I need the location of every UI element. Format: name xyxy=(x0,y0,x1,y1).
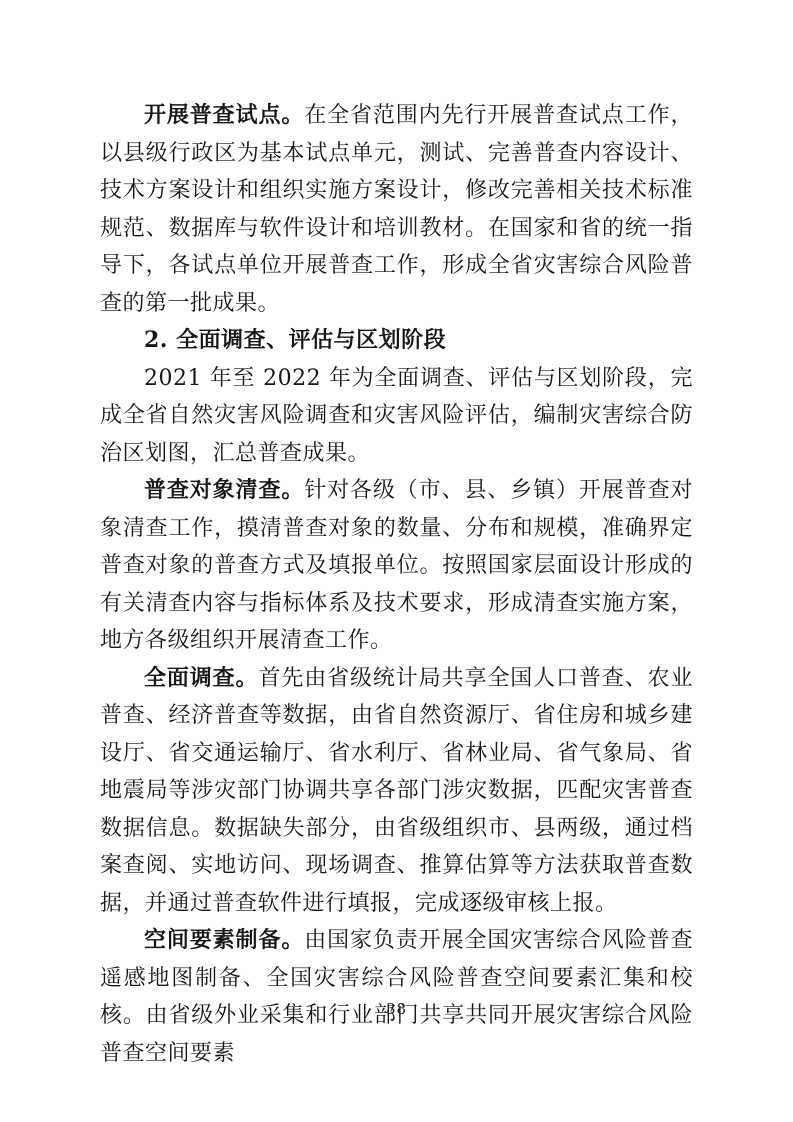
paragraph-timeline: 2021 年至 2022 年为全面调查、评估与区划阶段，完成全省自然灾害风险调查… xyxy=(100,360,693,473)
paragraph-spatial: 空间要素制备。由国家负责开展全国灾害综合风险普查遥感地图制备、全国灾害综合风险普… xyxy=(100,922,693,1072)
document-body: 开展普查试点。在全省范围内先行开展普查试点工作，以县级行政区为基本试点单元，测试… xyxy=(100,97,693,1072)
paragraph-inventory: 普查对象清查。针对各级（市、县、乡镇）开展普查对象清查工作，摸清普查对象的数量、… xyxy=(100,472,693,660)
paragraph-full-survey: 全面调查。首先由省级统计局共享全国人口普查、农业普查、经济普查等数据，由省自然资… xyxy=(100,660,693,923)
paragraph-timeline-text: 2021 年至 2022 年为全面调查、评估与区划阶段，完成全省自然灾害风险调查… xyxy=(100,366,693,466)
paragraph-inventory-text: 针对各级（市、县、乡镇）开展普查对象清查工作，摸清普查对象的数量、分布和规模，准… xyxy=(100,478,693,653)
document-page: 开展普查试点。在全省范围内先行开展普查试点工作，以县级行政区为基本试点单元，测试… xyxy=(0,0,793,1122)
paragraph-pilot: 开展普查试点。在全省范围内先行开展普查试点工作，以县级行政区为基本试点单元，测试… xyxy=(100,97,693,322)
paragraph-spatial-lead: 空间要素制备。 xyxy=(144,927,304,953)
paragraph-inventory-lead: 普查对象清查。 xyxy=(144,477,304,503)
paragraph-pilot-text: 在全省范围内先行开展普查试点工作，以县级行政区为基本试点单元，测试、完善普查内容… xyxy=(100,103,693,316)
paragraph-pilot-lead: 开展普查试点。 xyxy=(144,102,304,128)
page-number: 38 xyxy=(0,1000,793,1018)
paragraph-full-survey-text: 首先由省级统计局共享全国人口普查、农业普查、经济普查等数据，由省自然资源厅、省住… xyxy=(100,666,693,916)
section-heading-stage2: 2. 全面调查、评估与区划阶段 xyxy=(100,322,693,360)
paragraph-full-survey-lead: 全面调查。 xyxy=(144,665,258,691)
